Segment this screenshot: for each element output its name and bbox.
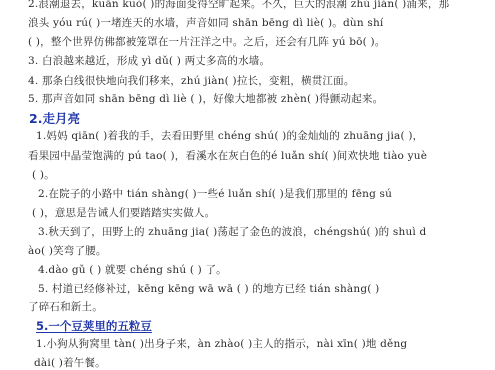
exercise-line: 5. 村道已经修补过，kēng kēng wā wā ( ) 的地方已经 tiá…	[38, 282, 379, 296]
exercise-line: ( )。	[32, 168, 55, 182]
exercise-line: ( )，意思是告诫人们要踏踏实实做人。	[32, 206, 215, 220]
exercise-line: 1.小狗从狗窝里 tàn( )出身子来，àn zhào( )主人的指示，nài …	[36, 337, 407, 351]
section-title-zou-yue-liang: 2.走月亮	[29, 111, 80, 127]
exercise-line: 2.在院子的小路中 tián shàng( )一些é luǎn shí( )是我…	[38, 187, 392, 201]
exercise-line: 3. 白浪越来越近，形成 yì dǔ( ) 两丈多高的水墙。	[28, 54, 270, 68]
exercise-line: 看果园中晶莹饱满的 pú tao( )，看溪水在灰白色的é luǎn shí( …	[28, 149, 427, 163]
exercise-line: ào( )笑弯了腰。	[28, 244, 107, 258]
exercise-line: 1.妈妈 qiān( )着我的手，去看田野里 chéng shú( )的金灿灿的…	[36, 129, 423, 143]
section-title-dou-jia[interactable]: 5.一个豆荚里的五粒豆	[36, 318, 152, 334]
exercise-line: ( )，整个世界仿佛都被笼罩在一片汪洋之中。之后，还会有几阵 yú bō( )。	[28, 35, 385, 49]
exercise-line: dài( )着午餐。	[34, 356, 106, 370]
exercise-line: 4. 那条白线很快地向我们移来，zhú jiàn( )拉长，变粗，横贯江面。	[28, 74, 355, 88]
exercise-line: 5. 那声音如同 shān bēng dì liè ( )，好像大地都被 zhè…	[28, 92, 383, 106]
exercise-line: 4.dào gǔ ( ) 就要 chéng shú ( ) 了。	[38, 263, 227, 277]
exercise-line: 2.浪潮退去，kuān kuò( )的海面变得空旷起来。不久，巨大的浪潮 zhú…	[28, 0, 449, 11]
exercise-line: 浪头 yóu rú( )一堵连天的水墙，声音如同 shān bēng dì li…	[28, 16, 383, 30]
exercise-line: 了碎石和新土。	[28, 300, 103, 314]
exercise-line: 3.秋天到了，田野上的 zhuāng jia( )荡起了金色的波浪，chéngs…	[38, 225, 426, 239]
